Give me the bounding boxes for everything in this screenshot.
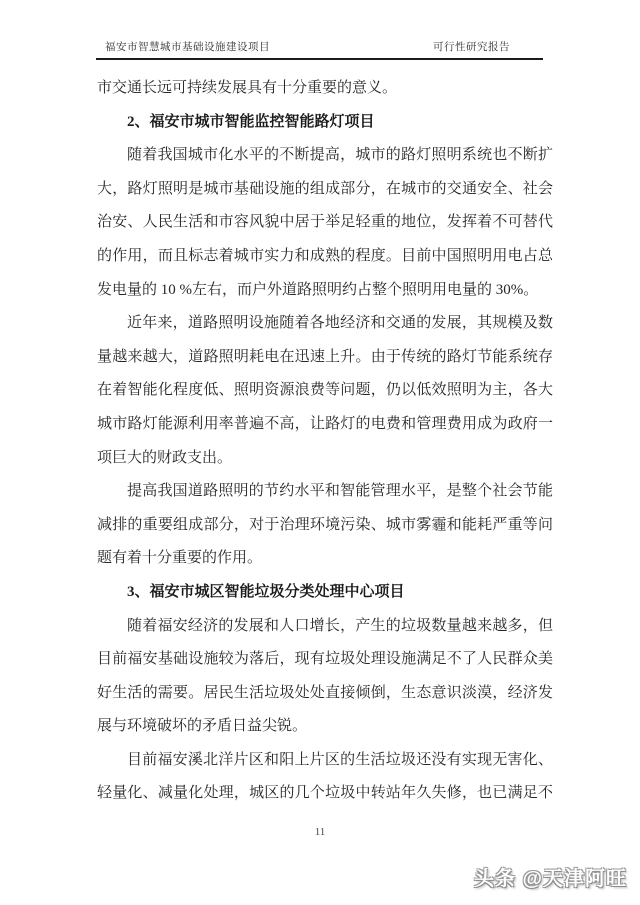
text-line: 量越来越大，道路照明耗电在迅速上升。由于传统的路灯节能系统存 (97, 341, 553, 375)
text-line: 随着福安经济的发展和人口增长，产生的垃圾数量越来越多，但 (97, 610, 553, 644)
text-line: 展与环境破坏的矛盾日益尖锐。 (97, 710, 553, 744)
text-line: 在着智能化程度低、照明资源浪费等问题，仍以低效照明为主，各大 (97, 374, 553, 408)
text-line: 近年来，道路照明设施随着各地经济和交通的发展，其规模及数 (97, 307, 553, 341)
header-rule (96, 58, 543, 60)
document-body: 市交通长远可持续发展具有十分重要的意义。2、福安市城市智能监控智能路灯项目随着我… (97, 72, 553, 811)
paragraph: 提高我国道路照明的节约水平和智能管理水平，是整个社会节能减排的重要组成部分，对于… (97, 475, 553, 576)
text-line: 市交通长远可持续发展具有十分重要的意义。 (97, 72, 553, 106)
text-line: 发电量的 10 %左右，而户外道路照明约占整个照明用电量的 30%。 (97, 274, 553, 308)
text-line: 随着我国城市化水平的不断提高，城市的路灯照明系统也不断扩 (97, 139, 553, 173)
text-line: 好生活的需要。居民生活垃圾处处直接倾倒，生态意识淡漠，经济发 (97, 677, 553, 711)
text-line: 城市路灯能源利用率普遍不高，让路灯的电费和管理费用成为政府一 (97, 408, 553, 442)
section-heading-2: 2、福安市城市智能监控智能路灯项目 (97, 106, 553, 140)
text-line: 大，路灯照明是城市基础设施的组成部分，在城市的交通安全、社会 (97, 173, 553, 207)
section-heading-3: 3、福安市城区智能垃圾分类处理中心项目 (97, 576, 553, 610)
paragraph-continued: 市交通长远可持续发展具有十分重要的意义。 (97, 72, 553, 106)
text-line: 2、福安市城市智能监控智能路灯项目 (97, 106, 553, 140)
text-line: 的作用，而且标志着城市实力和成熟的程度。目前中国照明用电占总 (97, 240, 553, 274)
paragraph: 目前福安溪北洋片区和阳上片区的生活垃圾还没有实现无害化、轻量化、减量化处理，城区… (97, 744, 553, 811)
paragraph: 随着我国城市化水平的不断提高，城市的路灯照明系统也不断扩大，路灯照明是城市基础设… (97, 139, 553, 307)
text-line: 3、福安市城区智能垃圾分类处理中心项目 (97, 576, 553, 610)
text-line: 题有着十分重要的作用。 (97, 542, 553, 576)
text-line: 治安、人民生活和市容风貌中居于举足轻重的地位，发挥着不可替代 (97, 206, 553, 240)
text-line: 提高我国道路照明的节约水平和智能管理水平，是整个社会节能 (97, 475, 553, 509)
text-line: 目前福安基础设施较为落后，现有垃圾处理设施满足不了人民群众美 (97, 643, 553, 677)
paragraph: 随着福安经济的发展和人口增长，产生的垃圾数量越来越多，但目前福安基础设施较为落后… (97, 610, 553, 744)
header-report-type: 可行性研究报告 (433, 41, 543, 55)
page-number: 11 (0, 820, 640, 844)
text-line: 目前福安溪北洋片区和阳上片区的生活垃圾还没有实现无害化、 (97, 744, 553, 778)
toutiao-watermark: 头条 @天津阿旺 (474, 864, 627, 894)
document-page: 福安市智慧城市基础设施建设项目 可行性研究报告 市交通长远可持续发展具有十分重要… (0, 0, 640, 905)
page-header: 福安市智慧城市基础设施建设项目 可行性研究报告 (96, 41, 543, 55)
text-line: 轻量化、减量化处理，城区的几个垃圾中转站年久失修，也已满足不 (97, 777, 553, 811)
text-line: 减排的重要组成部分，对于治理环境污染、城市雾霾和能耗严重等问 (97, 509, 553, 543)
paragraph: 近年来，道路照明设施随着各地经济和交通的发展，其规模及数量越来越大，道路照明耗电… (97, 307, 553, 475)
header-project-title: 福安市智慧城市基础设施建设项目 (96, 41, 270, 55)
text-line: 项巨大的财政支出。 (97, 442, 553, 476)
